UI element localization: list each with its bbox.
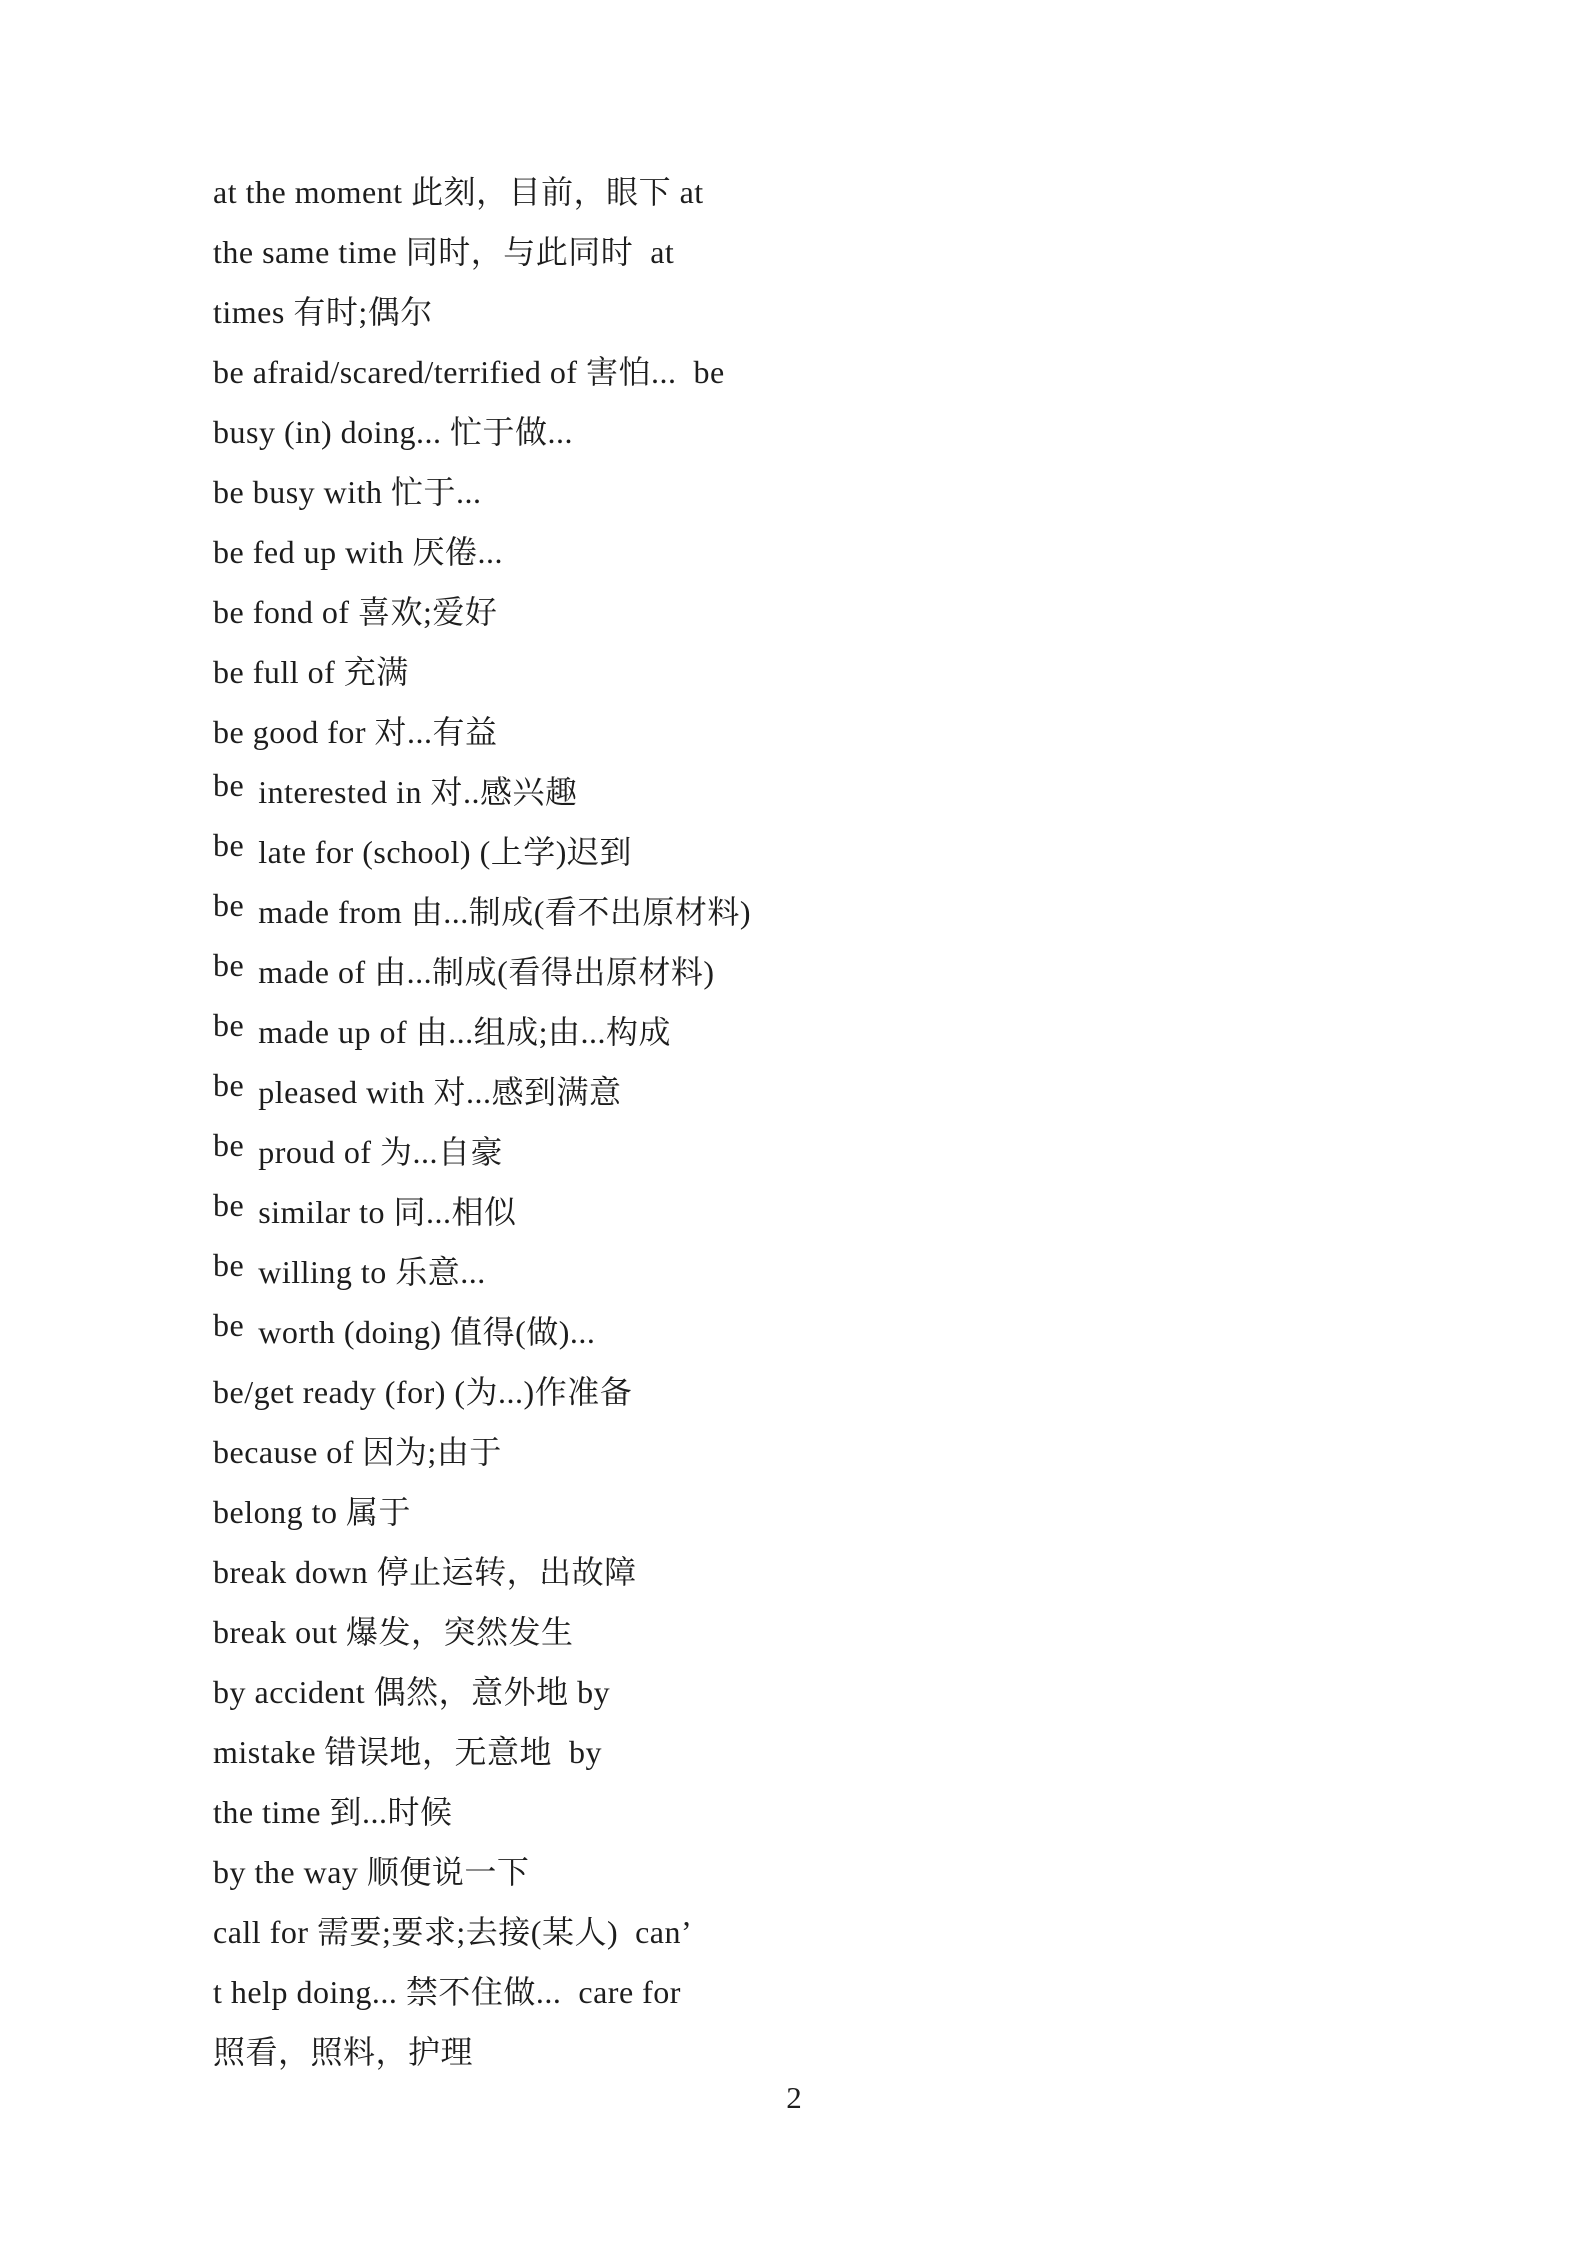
phrase-line: call for 需要;要求;去接(某人) can’ [213, 1902, 751, 1962]
raised-be-prefix: be [213, 1055, 244, 1115]
phrase-line: belate for (school) (上学)迟到 [213, 822, 751, 882]
phrase-line: besimilar to 同...相似 [213, 1182, 751, 1242]
phrase-line: break out 爆发，突然发生 [213, 1602, 751, 1662]
phrase-line: bepleased with 对...感到满意 [213, 1062, 751, 1122]
raised-be-prefix: be [213, 875, 244, 935]
phrase-line: the same time 同时，与此同时 at [213, 222, 751, 282]
document-page: at the moment 此刻，目前，眼下 atthe same time 同… [0, 0, 1588, 2245]
phrase-line: bemade of 由...制成(看得出原材料) [213, 942, 751, 1002]
page-number: 2 [0, 2080, 1588, 2116]
raised-be-prefix: be [213, 1115, 244, 1175]
phrase-line: be/get ready (for) (为...)作准备 [213, 1362, 751, 1422]
phrase-line: by the way 顺便说一下 [213, 1842, 751, 1902]
raised-be-prefix: be [213, 995, 244, 1055]
raised-be-prefix: be [213, 815, 244, 875]
phrase-line: at the moment 此刻，目前，眼下 at [213, 162, 751, 222]
phrase-line: be fond of 喜欢;爱好 [213, 582, 751, 642]
phrase-list: at the moment 此刻，目前，眼下 atthe same time 同… [213, 162, 751, 2082]
phrase-line: by accident 偶然，意外地 by [213, 1662, 751, 1722]
phrase-line: the time 到...时候 [213, 1782, 751, 1842]
raised-be-prefix: be [213, 1175, 244, 1235]
phrase-line: times 有时;偶尔 [213, 282, 751, 342]
phrase-line: be full of 充满 [213, 642, 751, 702]
phrase-line: busy (in) doing... 忙于做... [213, 402, 751, 462]
raised-be-prefix: be [213, 1235, 244, 1295]
phrase-line: be busy with 忙于... [213, 462, 751, 522]
phrase-line: mistake 错误地，无意地 by [213, 1722, 751, 1782]
phrase-line: because of 因为;由于 [213, 1422, 751, 1482]
phrase-line: bewilling to 乐意... [213, 1242, 751, 1302]
raised-be-prefix: be [213, 1295, 244, 1355]
phrase-line: break down 停止运转，出故障 [213, 1542, 751, 1602]
phrase-line: belong to 属于 [213, 1482, 751, 1542]
phrase-line: beinterested in 对..感兴趣 [213, 762, 751, 822]
phrase-line: be good for 对...有益 [213, 702, 751, 762]
phrase-line: be fed up with 厌倦... [213, 522, 751, 582]
phrase-line: be afraid/scared/terrified of 害怕... be [213, 342, 751, 402]
phrase-line: beworth (doing) 值得(做)... [213, 1302, 751, 1362]
phrase-line: bemade up of 由...组成;由...构成 [213, 1002, 751, 1062]
phrase-line: t help doing... 禁不住做... care for [213, 1962, 751, 2022]
phrase-line: 照看，照料，护理 [213, 2022, 751, 2082]
raised-be-prefix: be [213, 935, 244, 995]
raised-be-prefix: be [213, 755, 244, 815]
phrase-line: beproud of 为...自豪 [213, 1122, 751, 1182]
phrase-line: bemade from 由...制成(看不出原材料) [213, 882, 751, 942]
